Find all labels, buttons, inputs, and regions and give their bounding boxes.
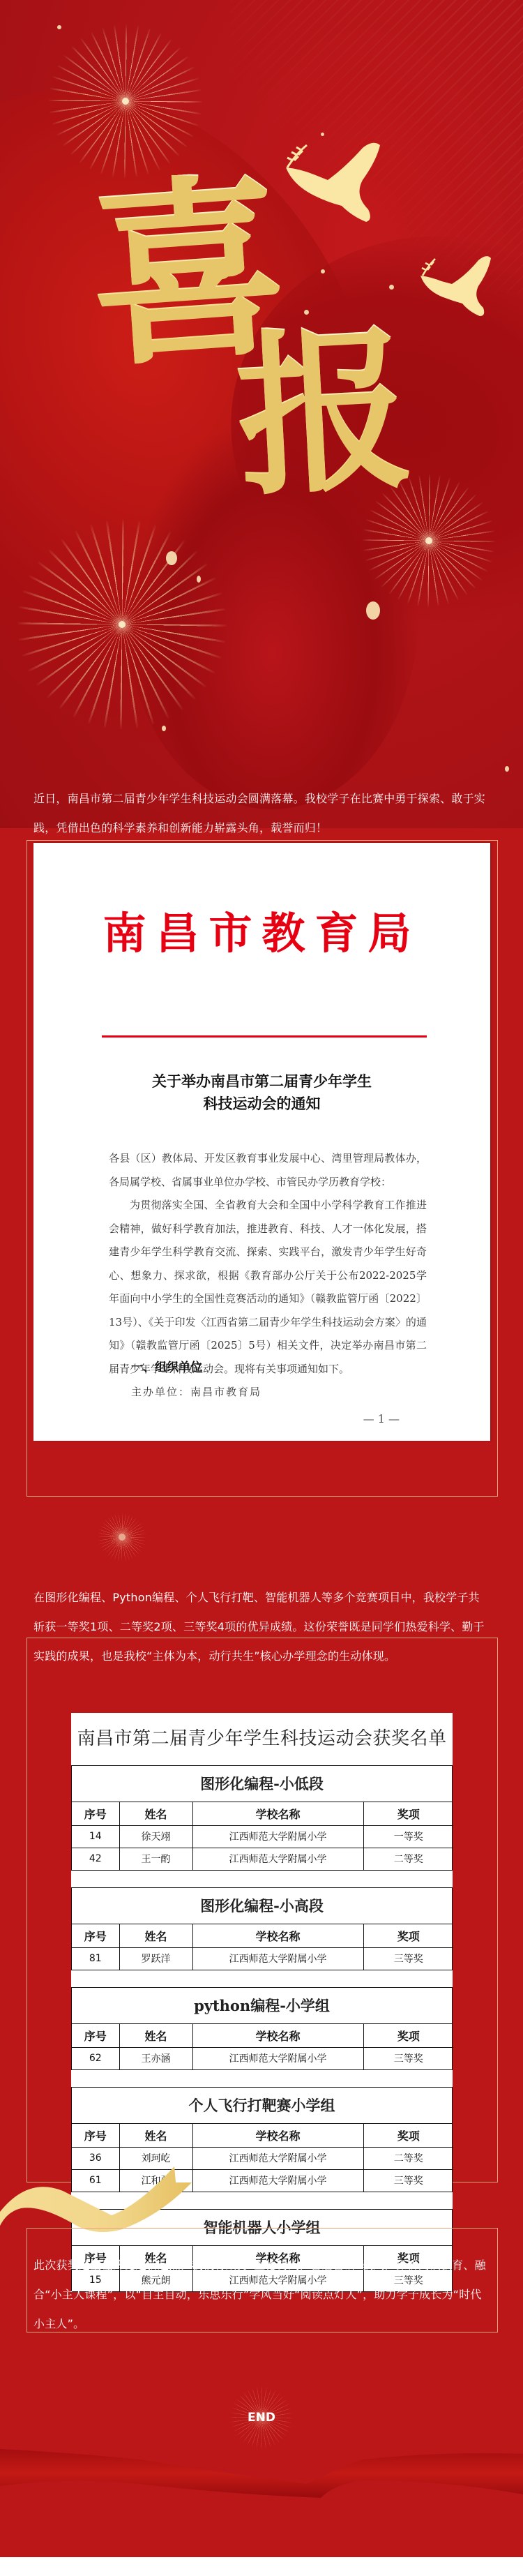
sparkle-dot (57, 25, 61, 29)
award-group-table: 序号姓名学校名称奖项14徐天翊江西师范大学附属小学一等奖42王一酌江西师范大学附… (72, 1802, 453, 1870)
column-header: 奖项 (363, 2024, 453, 2047)
dove-icon (279, 140, 387, 227)
column-header: 奖项 (363, 1802, 453, 1825)
school-name: 江西师范大学附属小学 (192, 2047, 363, 2069)
award-level: 三等奖 (363, 1947, 453, 1970)
student-name: 王一酌 (119, 1848, 192, 1870)
bottom-whitespace (0, 2557, 523, 2576)
firework-icon (17, 520, 227, 729)
table-row: 62王亦涵江西师范大学附属小学三等奖 (72, 2047, 453, 2069)
column-header: 序号 (72, 2024, 119, 2047)
award-group-title: python编程-小学组 (72, 1988, 452, 2024)
row-number: 14 (72, 1825, 119, 1848)
document-body: 各县（区）教体局、开发区教育事业发展中心、湾里管理局教体办，各局属学校、省属事业… (109, 1147, 427, 1381)
award-group-table: 序号姓名学校名称奖项81罗跃洋江西师范大学附属小学三等奖 (72, 1924, 453, 1970)
sparkle-dot (162, 726, 166, 731)
column-header: 序号 (72, 2124, 119, 2147)
award-level: 二等奖 (363, 2147, 453, 2169)
column-header: 学校名称 (192, 2024, 363, 2047)
dove-icon (417, 255, 494, 321)
table-header-row: 序号姓名学校名称奖项 (72, 1802, 453, 1825)
student-name: 徐天翊 (119, 1825, 192, 1848)
firework-icon (49, 24, 202, 178)
column-header: 序号 (72, 1924, 119, 1947)
school-name: 江西师范大学附属小学 (192, 1947, 363, 1970)
row-number: 42 (72, 1848, 119, 1870)
column-header: 学校名称 (192, 2124, 363, 2147)
document-red-rule (102, 1035, 427, 1038)
sparkle-dot (321, 133, 324, 136)
award-group: python编程-小学组序号姓名学校名称奖项62王亦涵江西师范大学附属小学三等奖 (71, 1987, 453, 2070)
award-group: 图形化编程-小低段序号姓名学校名称奖项14徐天翊江西师范大学附属小学一等奖42王… (71, 1765, 453, 1871)
column-header: 学校名称 (192, 1924, 363, 1947)
document-issuer: 南昌市教育局 (33, 899, 490, 961)
column-header: 姓名 (119, 1802, 192, 1825)
column-header: 奖项 (363, 2124, 453, 2147)
award-group-title: 图形化编程-小高段 (72, 1888, 452, 1924)
award-group: 图形化编程-小高段序号姓名学校名称奖项81罗跃洋江西师范大学附属小学三等奖 (71, 1887, 453, 1970)
sparkle-dot (505, 766, 509, 772)
award-level: 二等奖 (363, 1848, 453, 1870)
student-name: 罗跃洋 (119, 1947, 192, 1970)
intro-paragraph: 近日，南昌市第二届青少年学生科技运动会圆满落幕。我校学子在比赛中勇于探索、敢于实… (33, 784, 491, 843)
column-header: 奖项 (363, 1924, 453, 1947)
award-level: 三等奖 (363, 2047, 453, 2069)
table-header-row: 序号姓名学校名称奖项 (72, 2024, 453, 2047)
firework-icon (98, 1513, 146, 1562)
results-paragraph: 在图形化编程、Python编程、个人飞行打靶、智能机器人等多个竞赛项目中，我校学… (33, 1583, 491, 1671)
column-header: 学校名称 (192, 1802, 363, 1825)
group-spacer (71, 1970, 453, 1987)
document-body-text: 为贯彻落实全国、全省教育大会和全国中小学科学教育工作推进会精神，做好科学教育加法… (109, 1194, 427, 1381)
document-page-number: — 1 — (363, 1412, 400, 1425)
group-spacer (71, 1871, 453, 1887)
column-header: 姓名 (119, 1924, 192, 1947)
column-header: 序号 (72, 1802, 119, 1825)
row-number: 81 (72, 1947, 119, 1970)
table-header-row: 序号姓名学校名称奖项 (72, 2124, 453, 2147)
column-header: 姓名 (119, 2024, 192, 2047)
red-silk-decoration (0, 2446, 523, 2515)
hero-title-char-2: 报 (233, 320, 416, 504)
document-addressees: 各县（区）教体局、开发区教育事业发展中心、湾里管理局教体办，各局属学校、省属事业… (109, 1147, 427, 1194)
school-name: 江西师范大学附属小学 (192, 2169, 363, 2192)
table-row: 14徐天翊江西师范大学附属小学一等奖 (72, 1825, 453, 1848)
award-group-title: 图形化编程-小低段 (72, 1766, 452, 1802)
group-spacer (71, 2070, 453, 2087)
document-title: 关于举办南昌市第二届青少年学生 科技运动会的通知 (33, 1070, 490, 1115)
column-header: 姓名 (119, 2124, 192, 2147)
sparkle-dot (389, 285, 394, 290)
student-name: 王亦涵 (119, 2047, 192, 2069)
table-row: 42王一酌江西师范大学附属小学二等奖 (72, 1848, 453, 1870)
award-group-table: 序号姓名学校名称奖项62王亦涵江西师范大学附属小学三等奖 (72, 2024, 453, 2069)
sparkle-dot (166, 551, 177, 565)
table-row: 81罗跃洋江西师范大学附属小学三等奖 (72, 1947, 453, 1970)
hero-banner: 喜 报 (0, 0, 523, 828)
sparkle-dot (197, 576, 201, 583)
document-title-line-2: 科技运动会的通知 (33, 1093, 490, 1115)
school-name: 江西师范大学附属小学 (192, 2147, 363, 2169)
document-section-heading: 一、组织单位 (131, 1357, 202, 1375)
end-label: END (241, 2411, 282, 2425)
notice-document-image: 南昌市教育局 关于举办南昌市第二届青少年学生 科技运动会的通知 各县（区）教体局… (33, 843, 490, 1441)
award-level: 三等奖 (363, 2169, 453, 2192)
award-level: 一等奖 (363, 1825, 453, 1848)
row-number: 62 (72, 2047, 119, 2069)
article-page: 喜 报 近日，南昌市第二届青少年学生科技运动会圆满落幕。我校学子在比赛中勇于探索… (0, 0, 523, 2557)
sparkle-dot (321, 269, 325, 274)
awards-table-title: 南昌市第二届青少年学生科技运动会获奖名单 (71, 1713, 453, 1765)
document-title-line-1: 关于举办南昌市第二届青少年学生 (33, 1070, 490, 1093)
document-organizer: 主办单位：南昌市教育局 (131, 1384, 261, 1399)
table-header-row: 序号姓名学校名称奖项 (72, 1924, 453, 1947)
school-name: 江西师范大学附属小学 (192, 1825, 363, 1848)
award-group-title: 个人飞行打靶赛小学组 (72, 2088, 452, 2124)
sparkle-dot (366, 601, 380, 620)
closing-paragraph: 此次获奖是里程碑更是新起点，我校将秉持“立德树人，善启善研”教风，深耕阅读教育、… (33, 2251, 491, 2339)
school-name: 江西师范大学附属小学 (192, 1848, 363, 1870)
